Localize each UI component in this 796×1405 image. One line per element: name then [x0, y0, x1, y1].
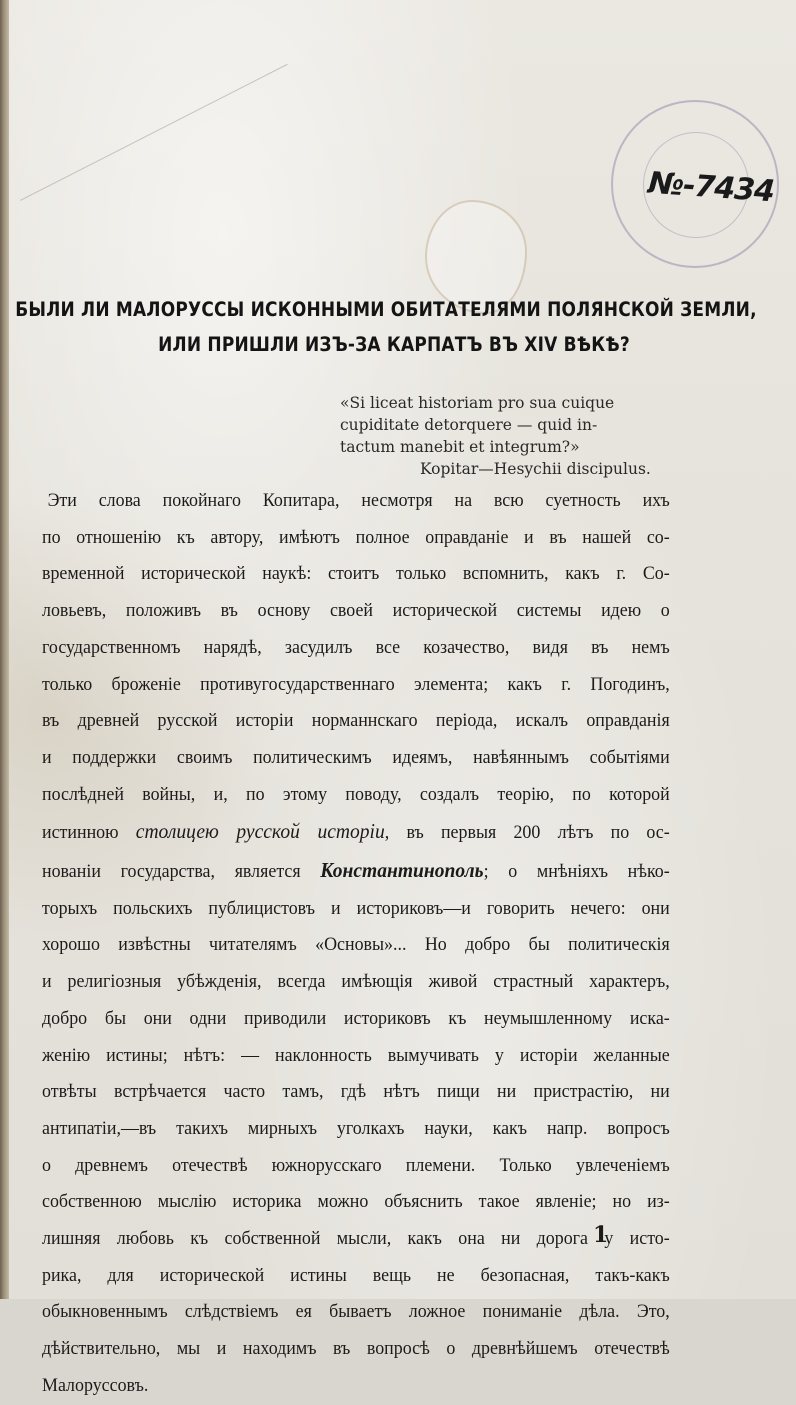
- body-text-run: , въ первыя 200 лѣтъ по ос-: [385, 822, 670, 843]
- body-line: и поддержки своимъ политическимъ идеямъ,…: [42, 740, 670, 777]
- body-line: и религіозныя убѣжденія, всегда имѣющія …: [42, 964, 670, 1001]
- epigraph-line: «Si liceat historiam pro sua cuique: [340, 392, 690, 414]
- epigraph-line: tactum manebit et integrum?»: [340, 436, 690, 458]
- body-line: послѣдней войны, и, по этому поводу, соз…: [42, 777, 670, 814]
- body-line: въ древней русской исторіи норманнскаго …: [42, 703, 670, 740]
- body-text-run: ; о мнѣніяхъ нѣко-: [484, 861, 670, 882]
- body-line: только броженіе противугосударственнаго …: [42, 667, 670, 704]
- paper-crease: [20, 64, 288, 201]
- body-line: временной исторической наукѣ: стоитъ тол…: [42, 556, 670, 593]
- body-line: торыхъ польскихъ публицистовъ и историко…: [42, 891, 670, 928]
- scanned-page: №-7434 БЫЛИ ЛИ МАЛОРУССЫ ИСКОННЫМИ ОБИТА…: [0, 0, 796, 1299]
- body-line: ловьевъ, положивъ въ основу своей истори…: [42, 593, 670, 630]
- body-line: Эти слова покойнаго Копитара, несмотря н…: [42, 483, 670, 520]
- body-line: государственномъ нарядѣ, засудилъ все ко…: [42, 630, 670, 667]
- body-text-run: нованіи государства, является: [42, 861, 320, 882]
- epigraph: «Si liceat historiam pro sua cuique cupi…: [340, 392, 690, 480]
- body-line: хорошо извѣстны читателямъ «Основы»... Н…: [42, 927, 670, 964]
- body-line: собственною мыслію историка можно объясн…: [42, 1184, 670, 1221]
- body-line: антипатіи,—въ такихъ мирныхъ уголкахъ на…: [42, 1111, 670, 1148]
- body-text-run: истинною: [42, 822, 136, 843]
- water-stain: [425, 200, 527, 314]
- body-line: лишняя любовь къ собственной мысли, какъ…: [42, 1221, 670, 1258]
- body-line: о древнемъ отечествѣ южнорусскаго племен…: [42, 1148, 670, 1185]
- body-line-with-emphasis: нованіи государства, является Константин…: [42, 852, 670, 891]
- body-line: отвѣты встрѣчается часто тамъ, гдѣ нѣтъ …: [42, 1074, 670, 1111]
- book-binding-edge: [0, 0, 9, 1299]
- bold-italic-emphasis: Константинополь: [320, 858, 483, 882]
- body-paragraph: Эти слова покойнаго Копитара, несмотря н…: [42, 483, 670, 1299]
- body-line-with-emphasis: истинною столицею русской исторіи, въ пе…: [42, 813, 670, 852]
- article-title-line-1: БЫЛИ ЛИ МАЛОРУССЫ ИСКОННЫМИ ОБИТАТЕЛЯМИ …: [0, 299, 784, 322]
- article-title-line-2: ИЛИ ПРИШЛИ ИЗЪ-ЗА КАРПАТЪ ВЪ XIV ВѢКѢ?: [0, 334, 792, 357]
- italic-emphasis: столицею русской исторіи: [136, 819, 385, 843]
- body-line: рика, для исторической истины вещь не бе…: [42, 1258, 670, 1295]
- epigraph-attribution: Kopitar—Hesychii discipulus.: [340, 458, 690, 480]
- body-line: женію истины; нѣтъ: — наклонность вымучи…: [42, 1038, 670, 1075]
- body-line: добро бы они одни приводили историковъ к…: [42, 1001, 670, 1038]
- body-line: по отношенію къ автору, имѣютъ полное оп…: [42, 520, 670, 557]
- epigraph-line: cupiditate detorquere — quid in-: [340, 414, 690, 436]
- page-number: 1: [593, 1222, 608, 1248]
- body-line: обыкновеннымъ слѣдствіемъ ея бываетъ лож…: [42, 1294, 670, 1299]
